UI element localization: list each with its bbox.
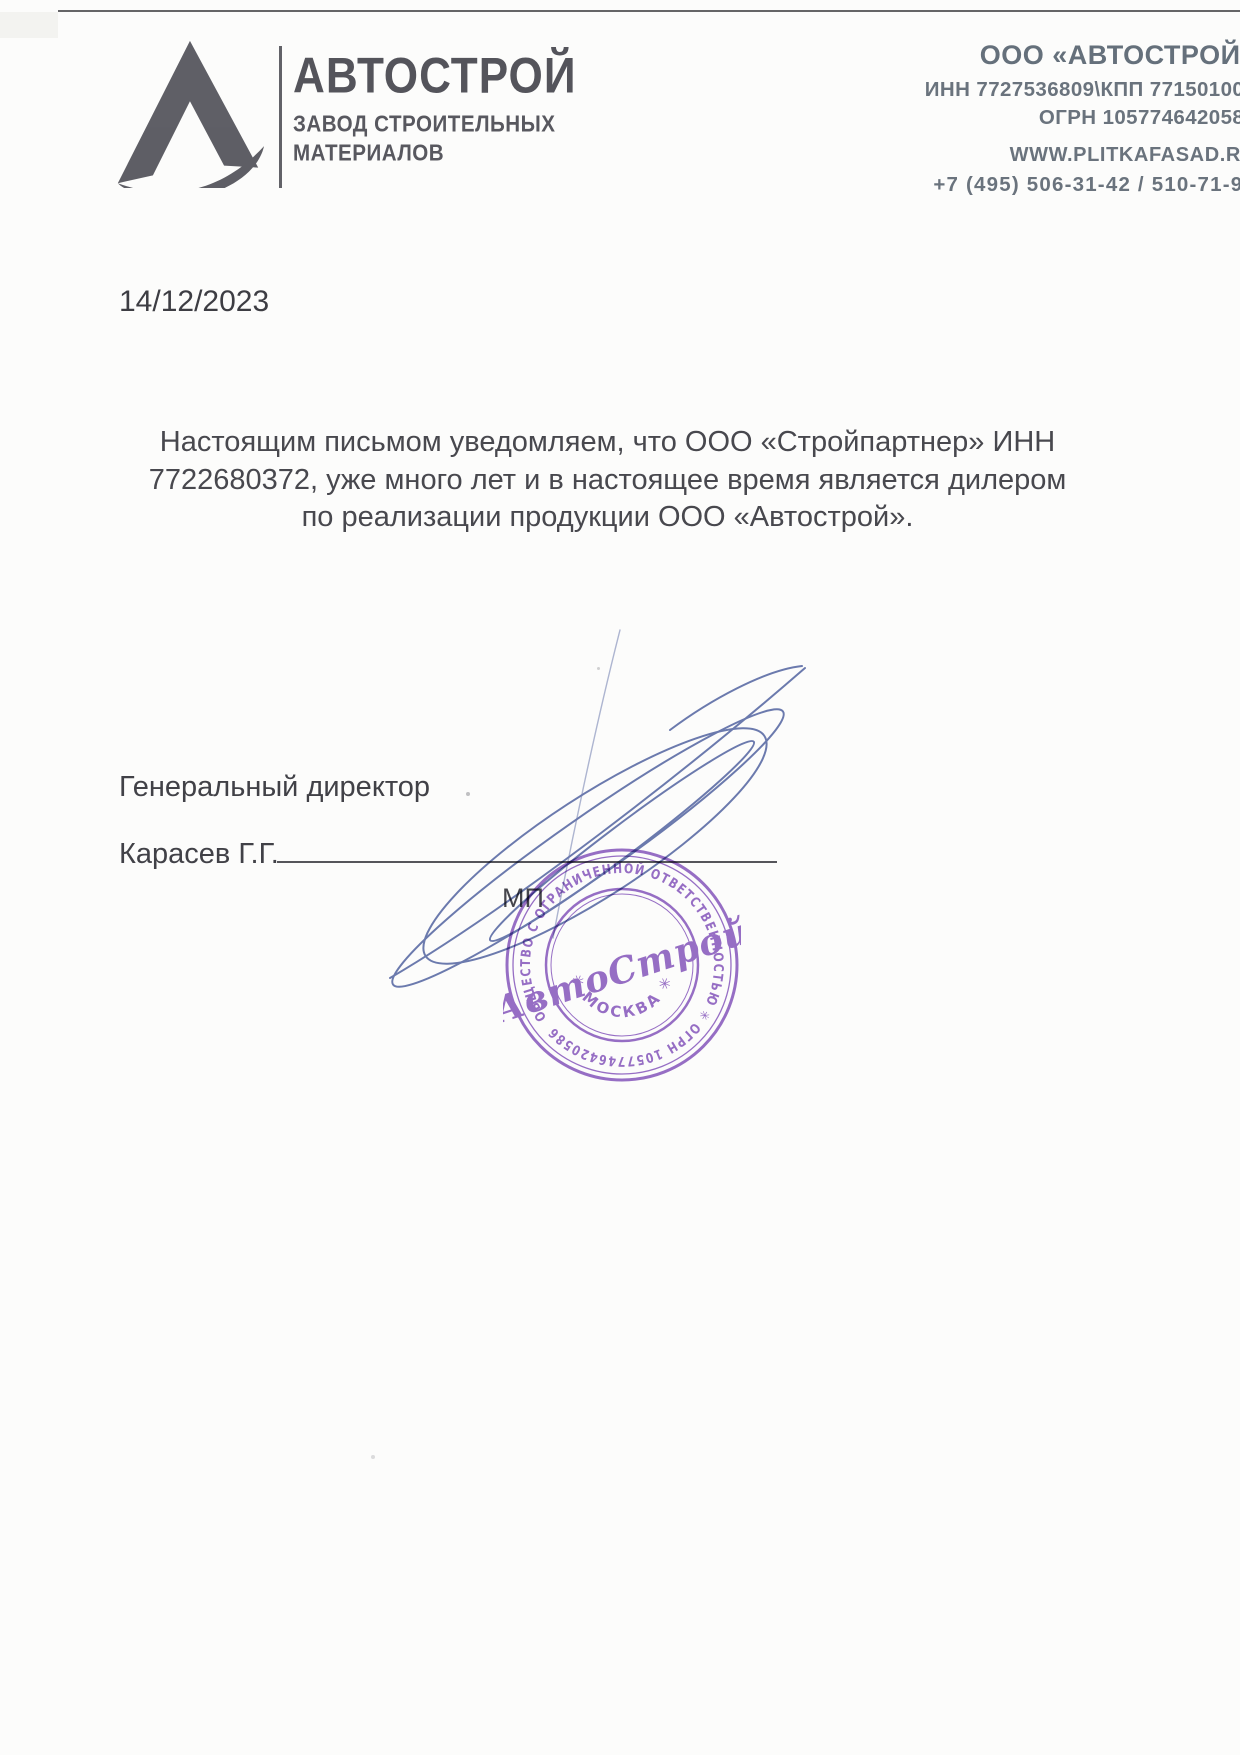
logo-triangle-shape bbox=[118, 41, 258, 183]
logo-wordmark: АВТОСТРОЙ ЗАВОД СТРОИТЕЛЬНЫХ МАТЕРИАЛОВ bbox=[293, 50, 582, 167]
scan-speck bbox=[371, 1455, 375, 1459]
scan-artifact-line bbox=[58, 10, 1240, 12]
letter-date: 14/12/2023 bbox=[119, 285, 269, 319]
brand-subtitle-2: МАТЕРИАЛОВ bbox=[293, 138, 577, 169]
scan-corner-smudge bbox=[0, 12, 58, 38]
company-phone: +7 (495) 506-31-42 / 510-71-98 bbox=[925, 173, 1240, 197]
company-name: ООО «АВТОСТРОЙ» bbox=[925, 40, 1240, 71]
company-website: WWW.PLITKAFASAD.RU bbox=[925, 144, 1240, 167]
company-ogrn: ОГРН 1057746420588 bbox=[925, 106, 1240, 130]
scan-speck bbox=[466, 792, 470, 796]
letter-body: Настоящим письмом уведомляем, что ООО «С… bbox=[140, 424, 1075, 537]
brand-subtitle-1: ЗАВОД СТРОИТЕЛЬНЫХ bbox=[293, 109, 577, 140]
brand-name: АВТОСТРОЙ bbox=[293, 50, 577, 100]
signer-name: Карасев Г.Г. bbox=[119, 838, 279, 871]
company-requisites: ООО «АВТОСТРОЙ» ИНН 7727536809\КПП 77150… bbox=[925, 40, 1240, 197]
company-inn-kpp: ИНН 7727536809\КПП 771501001 bbox=[925, 78, 1240, 102]
company-logo-icon bbox=[110, 38, 266, 188]
logo-divider bbox=[279, 46, 282, 188]
company-round-stamp: ОБЩЕСТВО С ОГРАНИЧЕННОЙ ОТВЕТСТВЕННОСТЬЮ… bbox=[503, 846, 741, 1084]
scanned-letter-page: { "document_type": "scanned-dealer-confi… bbox=[0, 0, 1240, 1755]
scan-speck bbox=[597, 667, 600, 670]
